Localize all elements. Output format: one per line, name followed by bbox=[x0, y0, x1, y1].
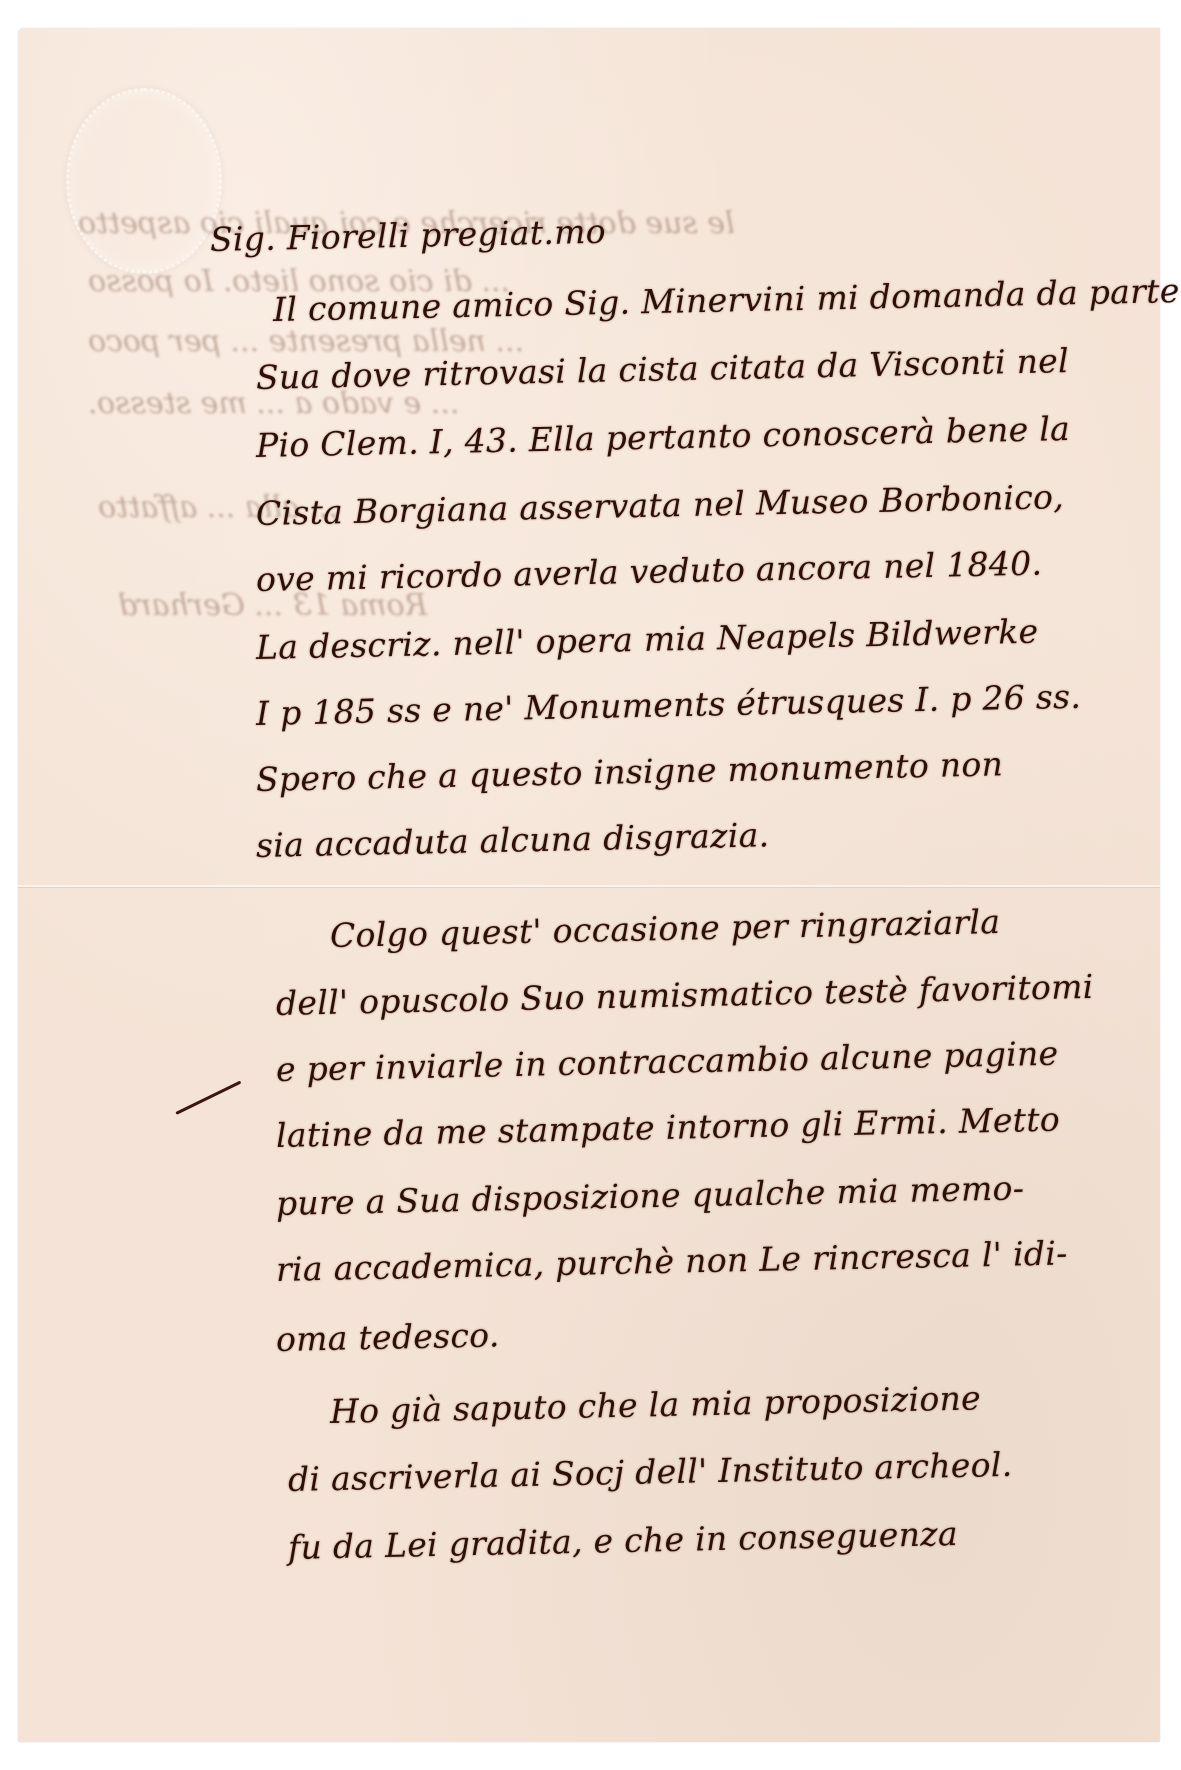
letter-line: ove mi ricordo averla veduto ancora nel … bbox=[256, 544, 1043, 599]
letter-line: pure a Sua disposizione qualche mia memo… bbox=[276, 1168, 1025, 1223]
fold-line bbox=[18, 885, 1160, 887]
embossed-seal bbox=[66, 88, 222, 274]
letter-line: sia accaduta alcuna disgrazia. bbox=[256, 815, 770, 865]
letter-line: I p 185 ss e ne' Monuments étrusques I. … bbox=[256, 677, 1082, 733]
letter-line: Colgo quest' occasione per ringraziarla bbox=[330, 902, 1001, 955]
letter-line: oma tedesco. bbox=[276, 1315, 500, 1359]
letter-line: ria accademica, purchè non Le rincresca … bbox=[276, 1233, 1068, 1289]
letter-line: Cista Borgiana asservata nel Museo Borbo… bbox=[256, 477, 1065, 533]
letter-line: latine da me stampate intorno gli Ermi. … bbox=[276, 1100, 1061, 1155]
letter-line: Ho già saputo che la mia proposizione bbox=[330, 1378, 982, 1431]
letter-line: fu da Lei gradita, e che in conseguenza bbox=[288, 1514, 959, 1567]
salutation: Sig. Fiorelli pregiat.mo bbox=[210, 212, 607, 259]
letter-line: di ascriverla ai Socj dell' Instituto ar… bbox=[288, 1445, 1013, 1499]
letter-paper: le sue dotte ricerche e coi quali cio as… bbox=[18, 28, 1160, 1742]
letter-line: dell' opuscolo Suo numismatico testè fav… bbox=[276, 967, 1094, 1023]
letter-line: e per inviarle in contraccambio alcune p… bbox=[276, 1034, 1059, 1089]
letter-line: Spero che a questo insigne monumento non bbox=[256, 744, 1004, 799]
